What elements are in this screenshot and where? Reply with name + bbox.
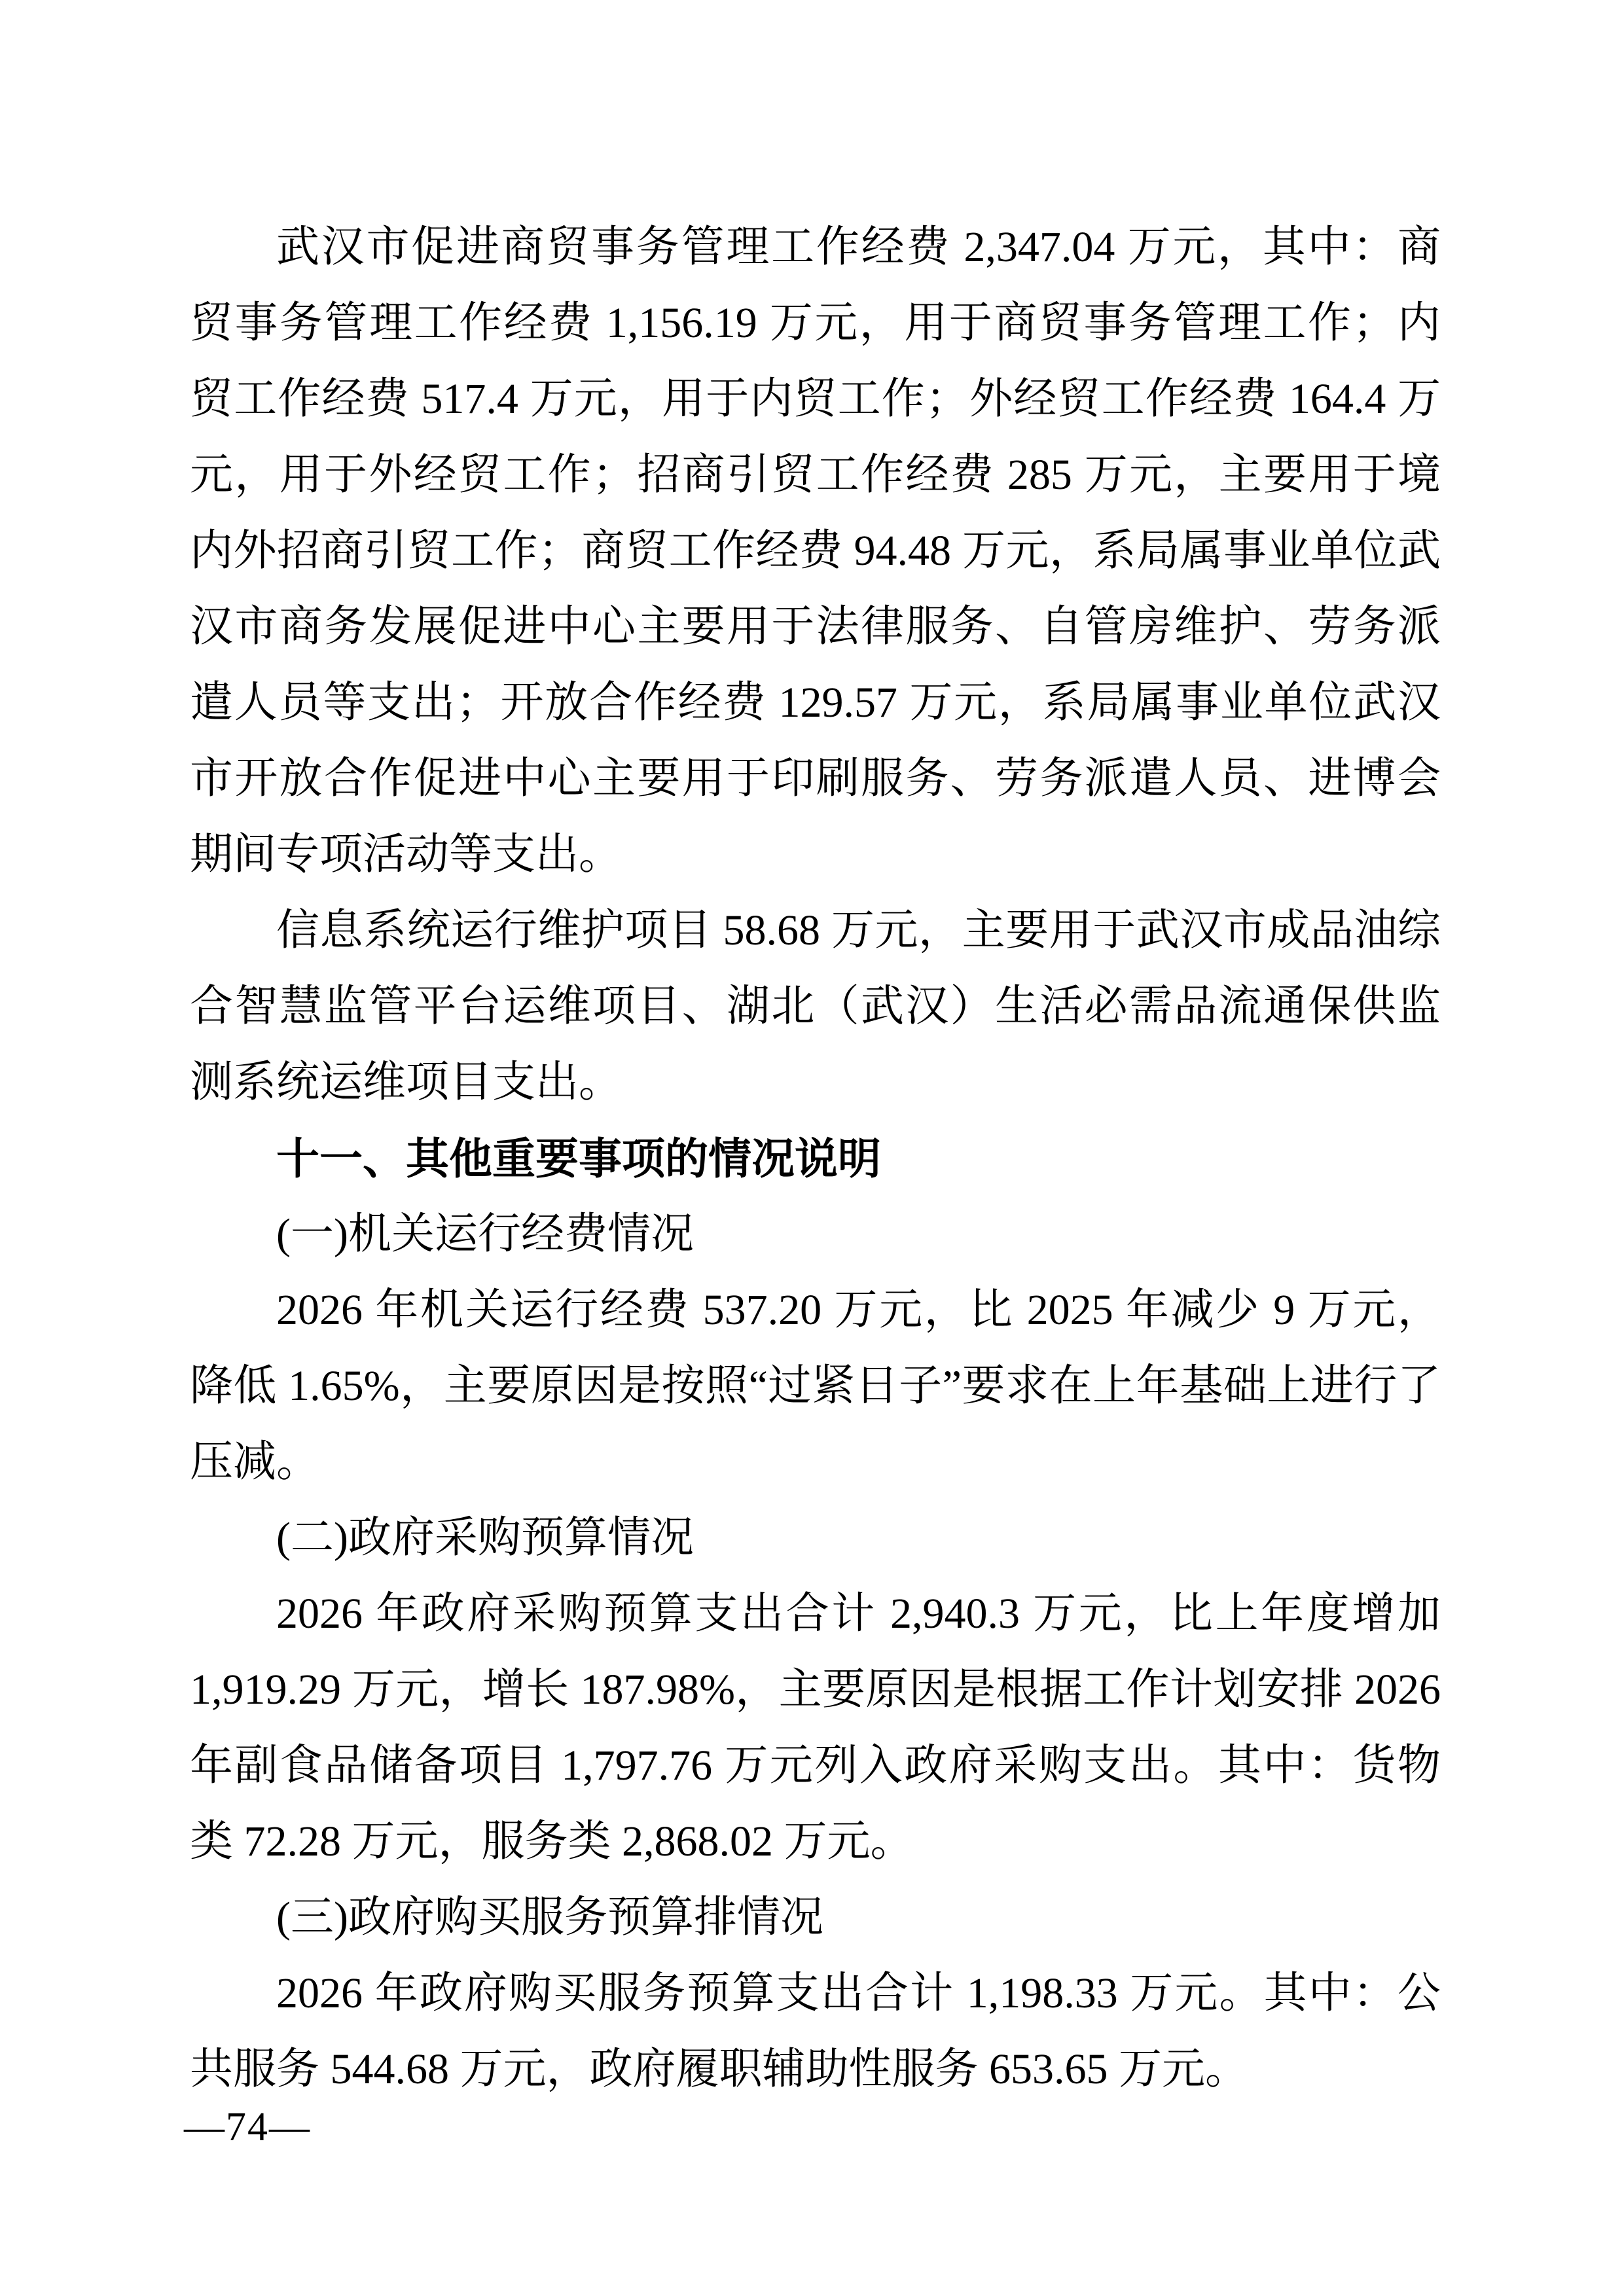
- page-number: —74—: [184, 2098, 311, 2157]
- paragraph-government-procurement-detail: 2026 年政府采购预算支出合计 2,940.3 万元，比上年度增加 1,919…: [190, 1576, 1441, 1880]
- section-heading-other-important-matters: 十一、其他重要事项的情况说明: [190, 1121, 1441, 1196]
- paragraph-purchased-services-detail: 2026 年政府购买服务预算支出合计 1,198.33 万元。其中：公共服务 5…: [190, 1956, 1441, 2108]
- paragraph-info-system-maintenance: 信息系统运行维护项目 58.68 万元，主要用于武汉市成品油综合智慧监管平台运维…: [190, 893, 1441, 1121]
- document-page: 武汉市促进商贸事务管理工作经费 2,347.04 万元，其中：商贸事务管理工作经…: [0, 0, 1624, 2296]
- paragraph-agency-operating-funds-detail: 2026 年机关运行经费 537.20 万元，比 2025 年减少 9 万元，降…: [190, 1272, 1441, 1500]
- paragraph-trade-affairs-funds: 武汉市促进商贸事务管理工作经费 2,347.04 万元，其中：商贸事务管理工作经…: [190, 209, 1441, 893]
- subheading-purchased-services-budget: (三)政府购买服务预算排情况: [190, 1880, 1441, 1956]
- subheading-government-procurement-budget: (二)政府采购预算情况: [190, 1500, 1441, 1576]
- subheading-agency-operating-funds: (一)机关运行经费情况: [190, 1196, 1441, 1272]
- document-body: 武汉市促进商贸事务管理工作经费 2,347.04 万元，其中：商贸事务管理工作经…: [190, 209, 1441, 2108]
